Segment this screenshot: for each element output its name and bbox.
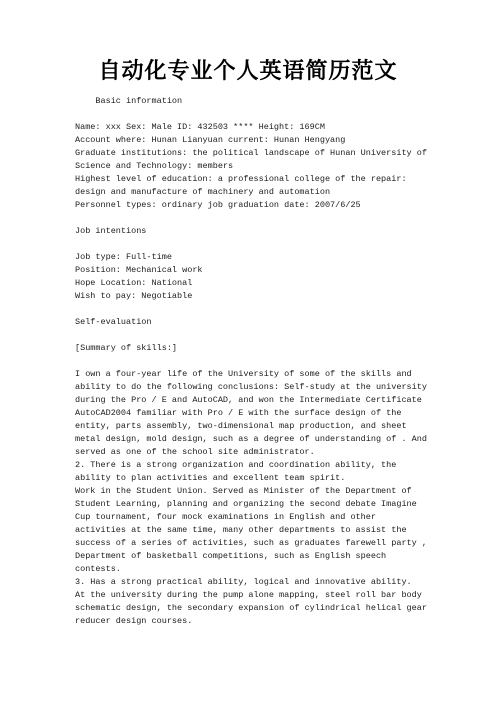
- text-line: entity, parts assembly, two-dimensional …: [75, 420, 456, 433]
- text-line: design and manufacture of machinery and …: [75, 186, 456, 199]
- text-line: metal design, mold design, such as a deg…: [75, 433, 456, 446]
- text-line: ability to plan activities and excellent…: [75, 472, 456, 485]
- text-line: At the university during the pump alone …: [75, 589, 456, 602]
- text-line: Basic information: [75, 95, 456, 108]
- text-line: Highest level of education: a profession…: [75, 173, 456, 186]
- text-line: Job intentions: [75, 225, 456, 238]
- text-line: Department of basketball competitions, s…: [75, 550, 456, 563]
- document-title: 自动化专业个人英语简历范文: [0, 54, 496, 85]
- text-line: Student Learning, planning and organizin…: [75, 498, 456, 511]
- text-line: AutoCAD2004 familiar with Pro / E with t…: [75, 407, 456, 420]
- text-line: Cup tournament, four mock examinations i…: [75, 511, 456, 524]
- text-line: 2. There is a strong organization and co…: [75, 459, 456, 472]
- text-line: Wish to pay: Negotiable: [75, 290, 456, 303]
- text-line: during the Pro / E and AutoCAD, and won …: [75, 394, 456, 407]
- text-line: Work in the Student Union. Served as Min…: [75, 485, 456, 498]
- text-line: [Summary of skills:]: [75, 342, 456, 355]
- blank-line: [75, 303, 456, 316]
- text-line: schematic design, the secondary expansio…: [75, 602, 456, 615]
- text-line: I own a four-year life of the University…: [75, 368, 456, 381]
- text-line: Position: Mechanical work: [75, 264, 456, 277]
- document-lines: Basic informationName: xxx Sex: Male ID:…: [75, 95, 456, 628]
- blank-line: [75, 108, 456, 121]
- text-line: success of a series of activities, such …: [75, 537, 456, 550]
- blank-line: [75, 329, 456, 342]
- text-line: contests.: [75, 563, 456, 576]
- text-line: served as one of the school site adminis…: [75, 446, 456, 459]
- text-line: Self-evaluation: [75, 316, 456, 329]
- text-line: 3. Has a strong practical ability, logic…: [75, 576, 456, 589]
- text-line: ability to do the following conclusions:…: [75, 381, 456, 394]
- document-page: 自动化专业个人英语简历范文 Basic informationName: xxx…: [0, 0, 496, 702]
- text-line: reducer design courses.: [75, 615, 456, 628]
- text-line: Account where: Hunan Lianyuan current: H…: [75, 134, 456, 147]
- blank-line: [75, 238, 456, 251]
- text-line: Name: xxx Sex: Male ID: 432503 **** Heig…: [75, 121, 456, 134]
- text-line: activities at the same time, many other …: [75, 524, 456, 537]
- text-line: Personnel types: ordinary job graduation…: [75, 199, 456, 212]
- text-line: Hope Location: National: [75, 277, 456, 290]
- blank-line: [75, 355, 456, 368]
- text-line: Science and Technology: members: [75, 160, 456, 173]
- blank-line: [75, 212, 456, 225]
- text-line: Job type: Full-time: [75, 251, 456, 264]
- text-line: Graduate institutions: the political lan…: [75, 147, 456, 160]
